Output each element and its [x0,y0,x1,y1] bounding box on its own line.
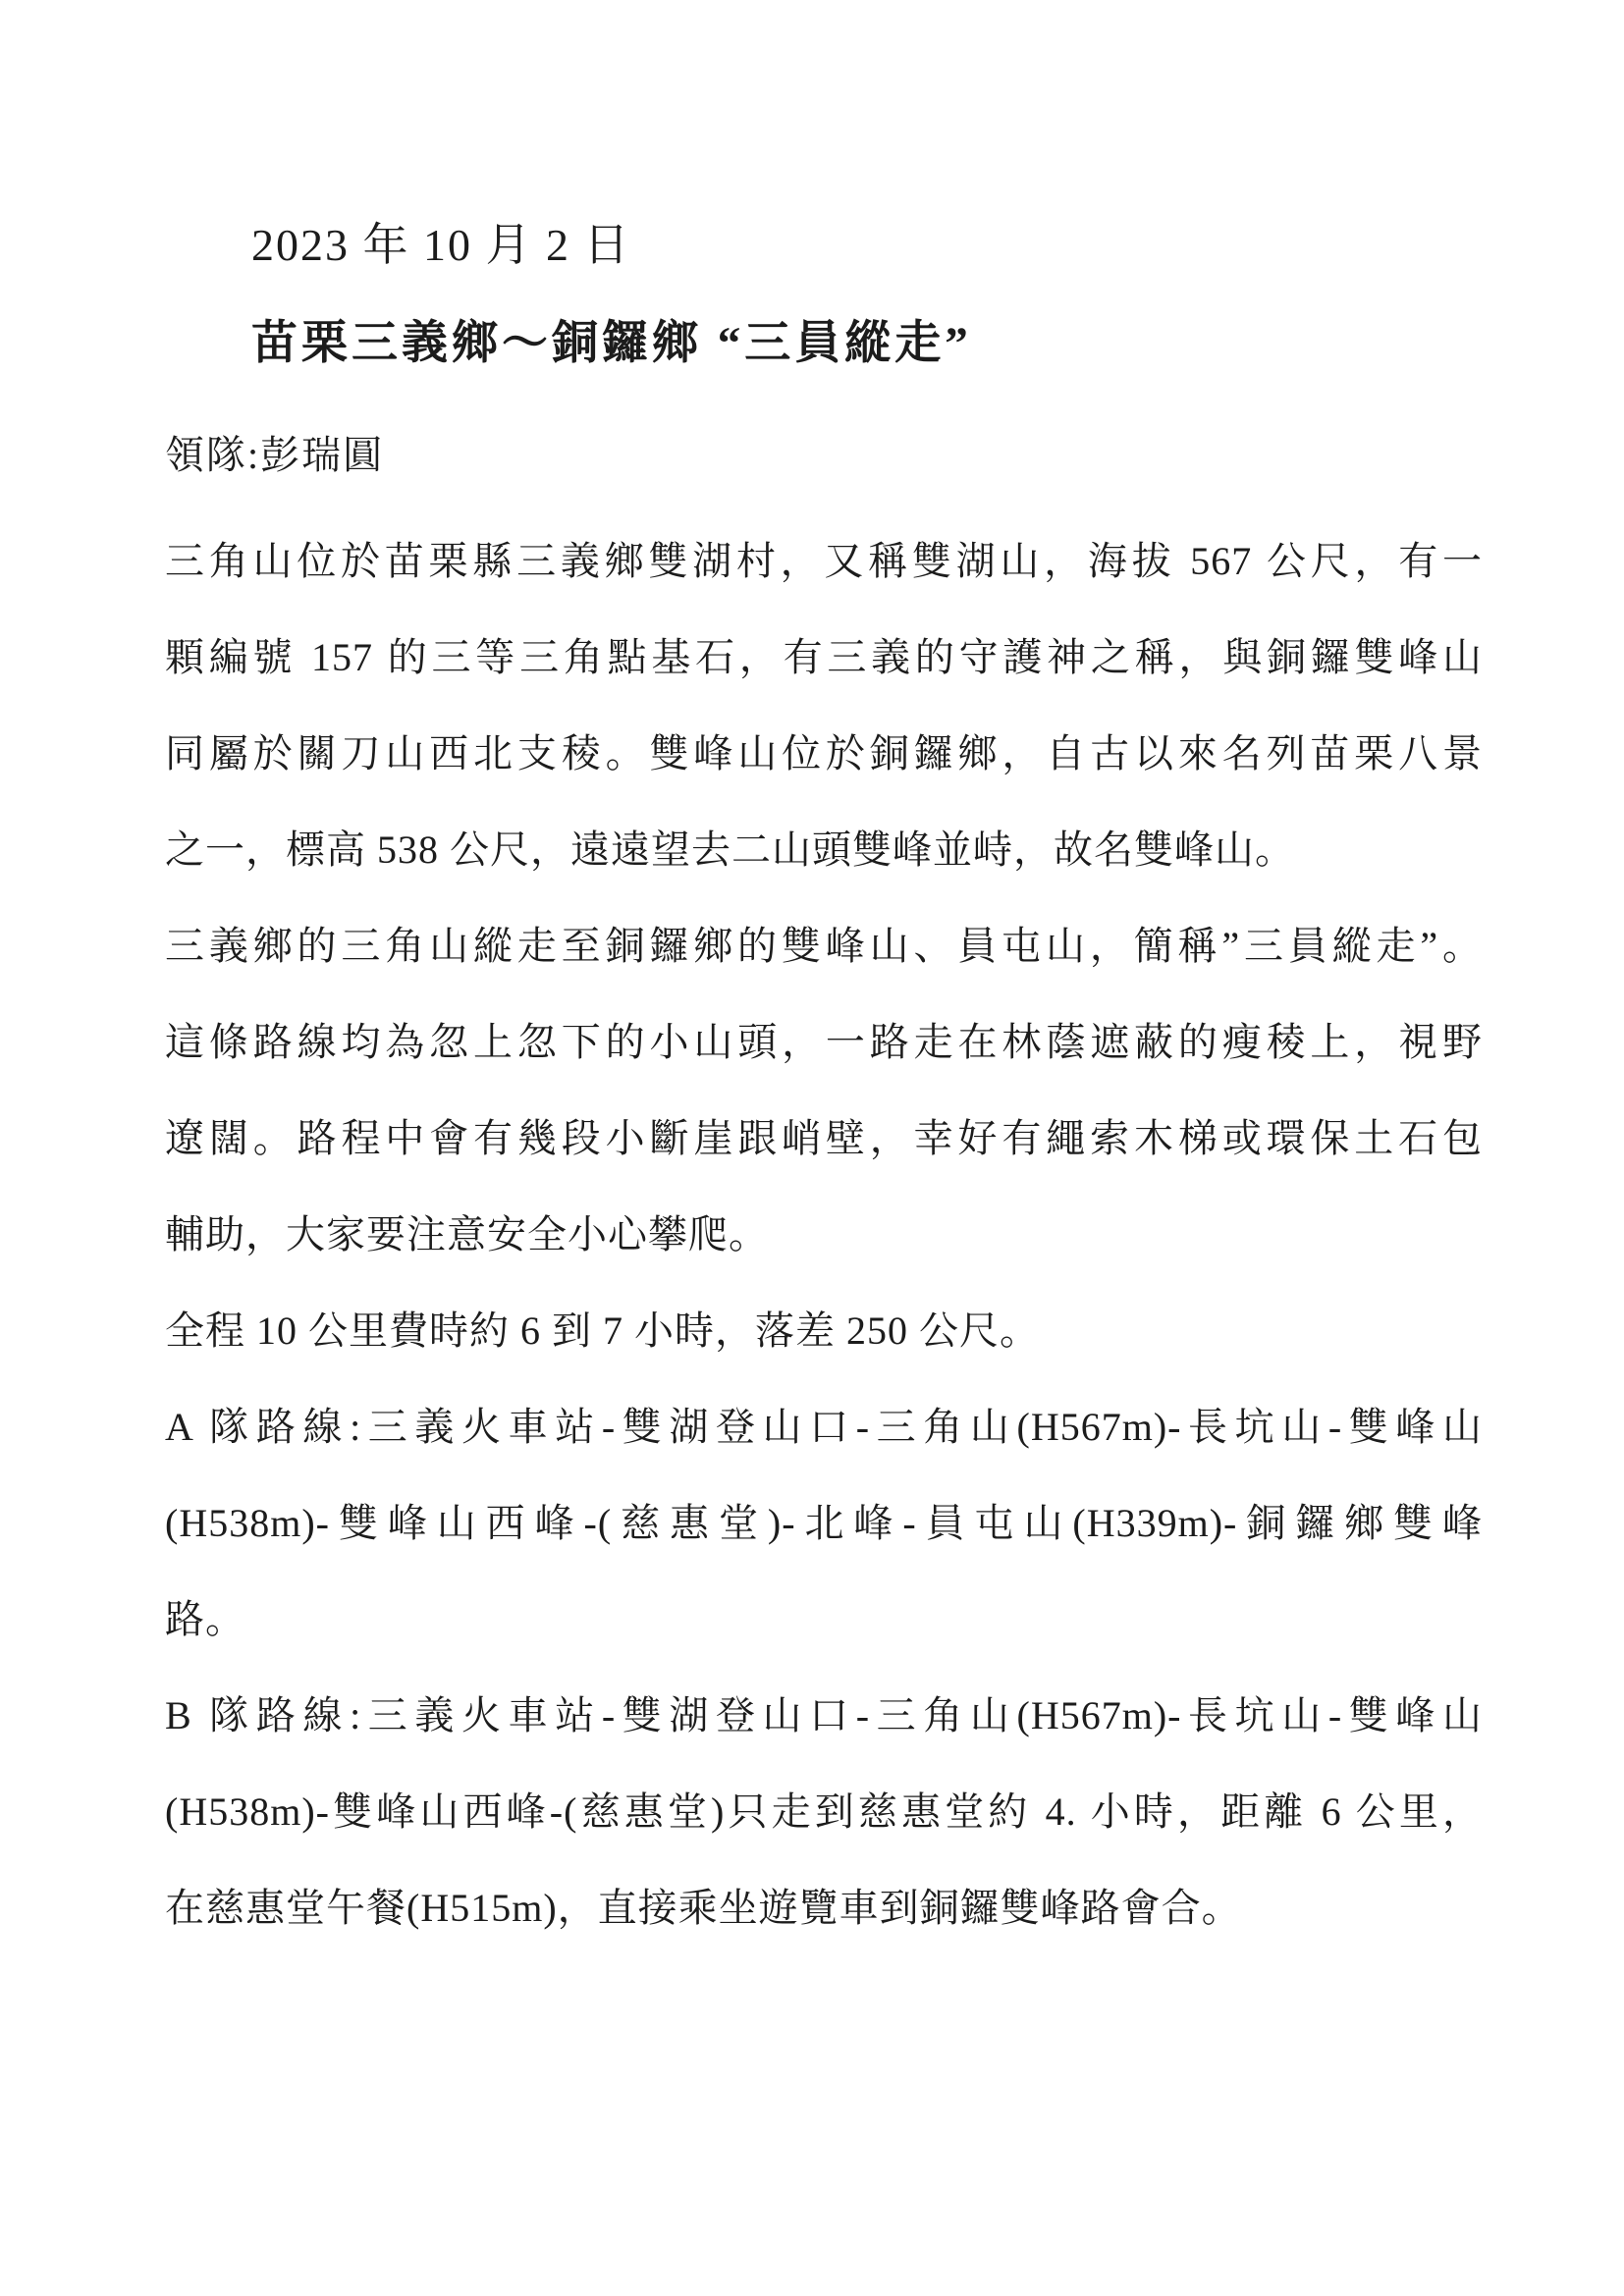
body-line: 全程 10 公里費時約 6 到 7 小時，落差 250 公尺。 [165,1283,1483,1379]
leader-line: 領隊:彭瑞圓 [165,398,1483,513]
document-page: 2023 年 10 月 2 日 苗栗三義鄉～銅鑼鄉 “三員縱走” 領隊:彭瑞圓 … [0,0,1624,2296]
body-line: 顆編號 157 的三等三角點基石，有三義的守護神之稱，與銅鑼雙峰山 [165,610,1483,706]
document-title: 苗栗三義鄉～銅鑼鄉 “三員縱走” [165,290,1483,398]
body-line-route-b: B 隊路線:三義火車站-雙湖登山口-三角山(H567m)-長坑山-雙峰山 [165,1668,1483,1764]
body-line: 之一，標高 538 公尺，遠遠望去二山頭雙峰並峙，故名雙峰山。 [165,802,1483,898]
body-line: 輔助，大家要注意安全小心攀爬。 [165,1187,1483,1283]
body-line: 三角山位於苗栗縣三義鄉雙湖村，又稱雙湖山，海拔 567 公尺，有一 [165,513,1483,610]
body-line: 同屬於關刀山西北支稜。雙峰山位於銅鑼鄉，自古以來名列苗栗八景 [165,706,1483,802]
body-line-route-a: 路。 [165,1572,1483,1668]
body-line: 三義鄉的三角山縱走至銅鑼鄉的雙峰山、員屯山，簡稱”三員縱走”。 [165,898,1483,994]
body-line-route-b: 在慈惠堂午餐(H515m)，直接乘坐遊覽車到銅鑼雙峰路會合。 [165,1860,1483,1956]
document-date: 2023 年 10 月 2 日 [165,201,1483,290]
document-content: 2023 年 10 月 2 日 苗栗三義鄉～銅鑼鄉 “三員縱走” 領隊:彭瑞圓 … [165,201,1483,1956]
body-line: 這條路線均為忽上忽下的小山頭，一路走在林蔭遮蔽的瘦稜上，視野 [165,994,1483,1091]
body-line-route-a: A 隊路線:三義火車站-雙湖登山口-三角山(H567m)-長坑山-雙峰山 [165,1379,1483,1475]
body-line-route-a: (H538m)-雙峰山西峰-(慈惠堂)-北峰-員屯山(H339m)-銅鑼鄉雙峰 [165,1475,1483,1572]
body-line: 遼闊。路程中會有幾段小斷崖跟峭壁，幸好有繩索木梯或環保土石包 [165,1091,1483,1187]
body-line-route-b: (H538m)-雙峰山西峰-(慈惠堂)只走到慈惠堂約 4. 小時，距離 6 公里… [165,1764,1483,1860]
